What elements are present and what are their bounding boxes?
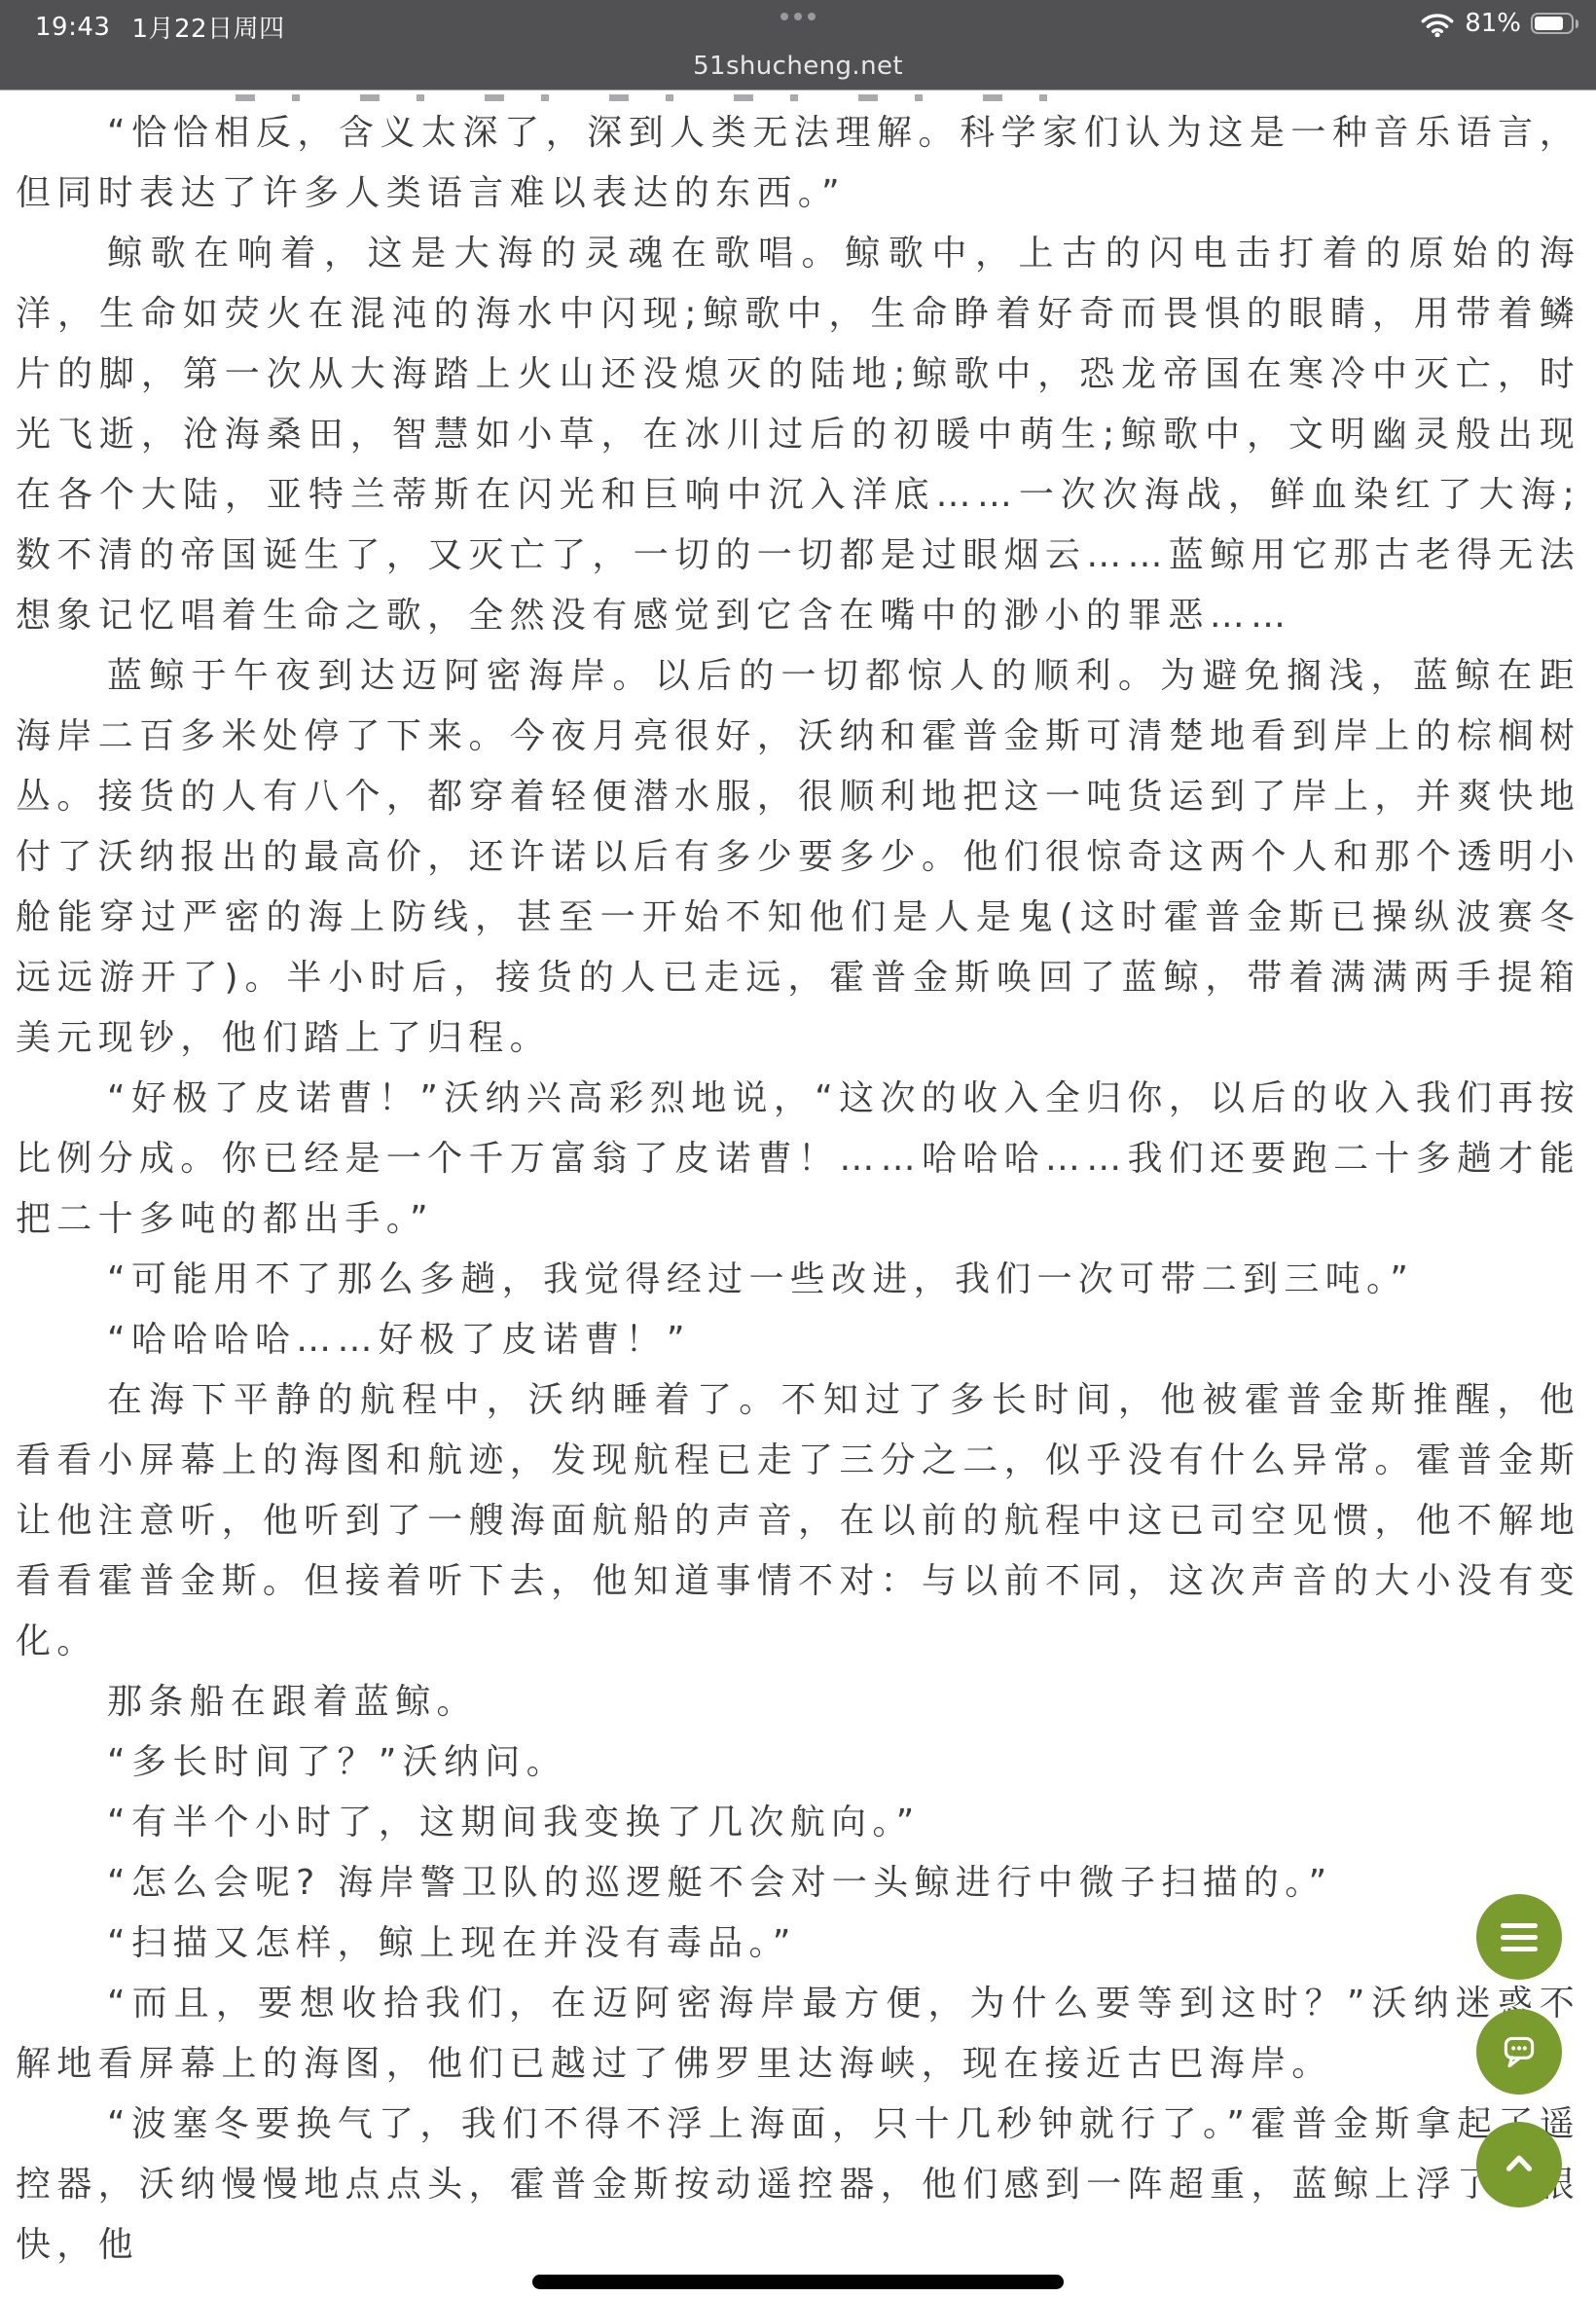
paragraph: “恰恰相反，含义太深了，深到人类无法理解。科学家们认为这是一种音乐语言，但同时表… (16, 103, 1580, 224)
paragraph: “扫描又怎样，鲸上现在并没有毒品。” (16, 1914, 1580, 1974)
status-bar-right: 81% (1420, 9, 1578, 38)
paragraph: “波塞冬要换气了，我们不得不浮上海面，只十几秒钟就行了。”霍普金斯拿起了遥控器，… (16, 2095, 1580, 2276)
home-indicator[interactable] (532, 2275, 1064, 2289)
back-to-top-button[interactable] (1476, 2122, 1562, 2207)
status-time: 19:43 (35, 13, 110, 42)
paragraph: 鲸歌在响着，这是大海的灵魂在歌唱。鲸歌中，上古的闪电击打着的原始的海洋，生命如荧… (16, 224, 1580, 646)
chapter-menu-button[interactable] (1476, 1894, 1562, 1980)
paragraph: 蓝鲸于午夜到达迈阿密海岸。以后的一切都惊人的顺利。为避免搁浅，蓝鲸在距海岸二百多… (16, 646, 1580, 1069)
safari-window: 19:43 1月22日周四 81% 51shucheng.net (0, 0, 1596, 2297)
paragraph: “多长时间了？”沃纳问。 (16, 1732, 1580, 1793)
browser-header: 19:43 1月22日周四 81% 51shucheng.net (0, 0, 1596, 90)
comments-button[interactable] (1476, 2009, 1562, 2095)
paragraph: “而且，要想收拾我们，在迈阿密海岸最方便，为什么要等到这时？”沃纳迷惑不解地看屏… (16, 1974, 1580, 2095)
comment-bubble-icon (1497, 2028, 1542, 2076)
battery-fill (1535, 17, 1563, 30)
address-bar-row: 51shucheng.net (0, 47, 1596, 86)
paragraph: 那条船在跟着蓝鲸。 (16, 1672, 1580, 1732)
paragraph: “有半个小时了，这期间我变换了几次航向。” (16, 1793, 1580, 1853)
paragraph: “好极了皮诺曹！”沃纳兴高彩烈地说，“这次的收入全归你，以后的收入我们再按比例分… (16, 1069, 1580, 1250)
paragraph: “哈哈哈哈……好极了皮诺曹！” (16, 1310, 1580, 1370)
paragraph: 在海下平静的航程中，沃纳睡着了。不知过了多长时间，他被霍普金斯推醒，他看看小屏幕… (16, 1370, 1580, 1672)
status-date: 1月22日周四 (131, 9, 284, 45)
address-bar[interactable]: 51shucheng.net (693, 52, 903, 81)
clipped-line-remnant (16, 90, 1580, 103)
article-paragraphs: “恰恰相反，含义太深了，深到人类无法理解。科学家们认为这是一种音乐语言，但同时表… (16, 103, 1580, 2276)
article-content: “恰恰相反，含义太深了，深到人类无法理解。科学家们认为这是一种音乐语言，但同时表… (16, 90, 1580, 2297)
paragraph: “可能用不了那么多趟，我觉得经过一些改进，我们一次可带二到三吨。” (16, 1250, 1580, 1310)
hamburger-menu-icon (1501, 1923, 1538, 1951)
battery-icon (1531, 13, 1578, 34)
status-bar-left: 19:43 1月22日周四 (35, 9, 285, 45)
multitasking-dots-icon[interactable] (780, 13, 816, 20)
paragraph: “怎么会呢? 海岸警卫队的巡逻艇不会对一头鲸进行中微子扫描的。” (16, 1853, 1580, 1914)
battery-percent: 81% (1465, 9, 1521, 38)
chevron-up-icon (1497, 2141, 1542, 2189)
wifi-icon (1420, 11, 1455, 37)
